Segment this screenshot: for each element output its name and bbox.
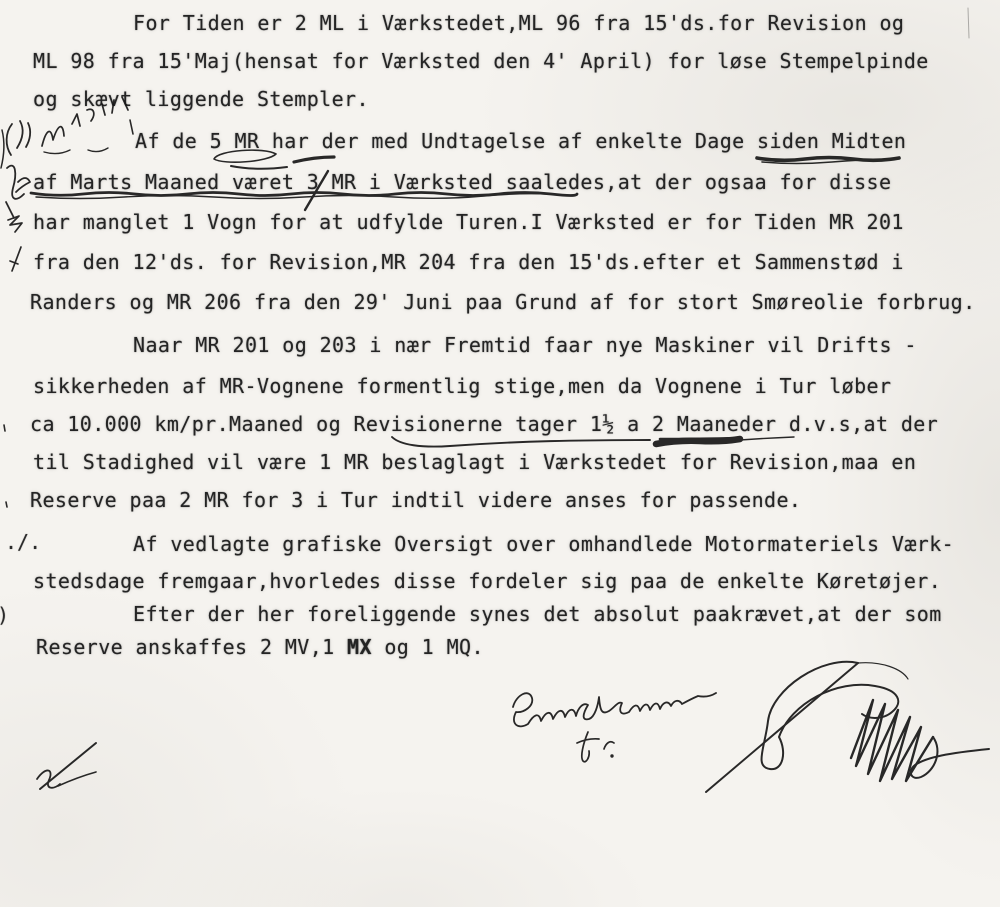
typed-line: Reserve paa 2 MR for 3 i Tur indtil vide… bbox=[30, 487, 801, 513]
typed-line-segment: og 1 MQ. bbox=[372, 635, 484, 659]
handwritten-note bbox=[44, 148, 108, 154]
signature-right bbox=[851, 700, 933, 781]
typed-line: ML 98 fra 15'Maj(hensat for Værksted den… bbox=[33, 48, 929, 74]
typed-line: Af vedlagte grafiske Oversigt over omhan… bbox=[133, 531, 954, 557]
signature-right bbox=[706, 663, 858, 792]
margin-mark-slash bbox=[10, 247, 21, 271]
typed-line-segment: Reserve anskaffes 2 MV,1 bbox=[36, 635, 347, 659]
scan-scratch bbox=[968, 8, 969, 38]
margin-tick bbox=[16, 178, 30, 192]
margin-paren-mark: ) bbox=[0, 603, 9, 627]
typed-line: Af de 5 MR har der med Undtagelse af enk… bbox=[135, 128, 906, 154]
handwritten-note bbox=[130, 120, 133, 134]
pen-underline-revisionerne bbox=[656, 439, 740, 444]
signature-right bbox=[762, 662, 899, 769]
ink-speck bbox=[4, 425, 7, 507]
margin-scribble-pen bbox=[7, 121, 31, 155]
initials-mark bbox=[40, 743, 96, 789]
pen-underline-revisionerne bbox=[392, 437, 650, 447]
typed-line: stedsdage fremgaar,hvorledes disse forde… bbox=[33, 568, 941, 594]
pen-underline-siden-midten bbox=[757, 158, 899, 161]
signature-left bbox=[513, 693, 716, 726]
margin-scribble-pen bbox=[1, 130, 4, 168]
typed-line: Randers og MR 206 fra den 29' Juni paa G… bbox=[30, 289, 976, 315]
pen-dash-under-har bbox=[294, 157, 334, 162]
typed-line: sikkerheden af MR-Vognene formentlig sti… bbox=[33, 373, 891, 399]
signature-left-sub-fr bbox=[577, 732, 614, 762]
pen-underline-siden-midten bbox=[762, 159, 898, 164]
typed-line: Naar MR 201 og 203 i nær Fremtid faar ny… bbox=[133, 332, 917, 358]
pen-underline-revisionerne bbox=[740, 437, 794, 440]
signature-right bbox=[911, 737, 989, 778]
initials-mark bbox=[58, 772, 96, 786]
scanned-document-page: For Tiden er 2 ML i Værkstedet,ML 96 fra… bbox=[0, 0, 1000, 907]
typed-line: Reserve anskaffes 2 MV,1 MX og 1 MQ. bbox=[36, 634, 484, 660]
margin-scribble-pen bbox=[6, 166, 24, 218]
typed-line: fra den 12'ds. for Revision,MR 204 fra d… bbox=[33, 249, 904, 275]
typed-line: Efter der her foreliggende synes det abs… bbox=[133, 601, 942, 627]
typed-line: og skævt liggende Stempler. bbox=[33, 86, 369, 112]
typed-line: har manglet 1 Vogn for at udfylde Turen.… bbox=[33, 209, 904, 235]
pen-underline-revisionerne bbox=[660, 438, 738, 439]
signature-right bbox=[858, 663, 908, 679]
typed-line: til Stadighed vil være 1 MR beslaglagt i… bbox=[33, 449, 916, 475]
typed-line: For Tiden er 2 ML i Værkstedet,ML 96 fra… bbox=[133, 10, 904, 36]
margin-mark-z bbox=[8, 216, 22, 232]
typed-line: af Marts Maaned været 3 MR i Værksted sa… bbox=[33, 169, 891, 195]
typed-line-segment-bold: MX bbox=[347, 635, 372, 659]
signature-left-sub-fr bbox=[610, 754, 613, 757]
enclosure-mark: ./. bbox=[5, 530, 41, 554]
initials-mark bbox=[37, 770, 60, 787]
typed-line: ca 10.000 km/pr.Maaned og Revisionerne t… bbox=[30, 411, 938, 437]
